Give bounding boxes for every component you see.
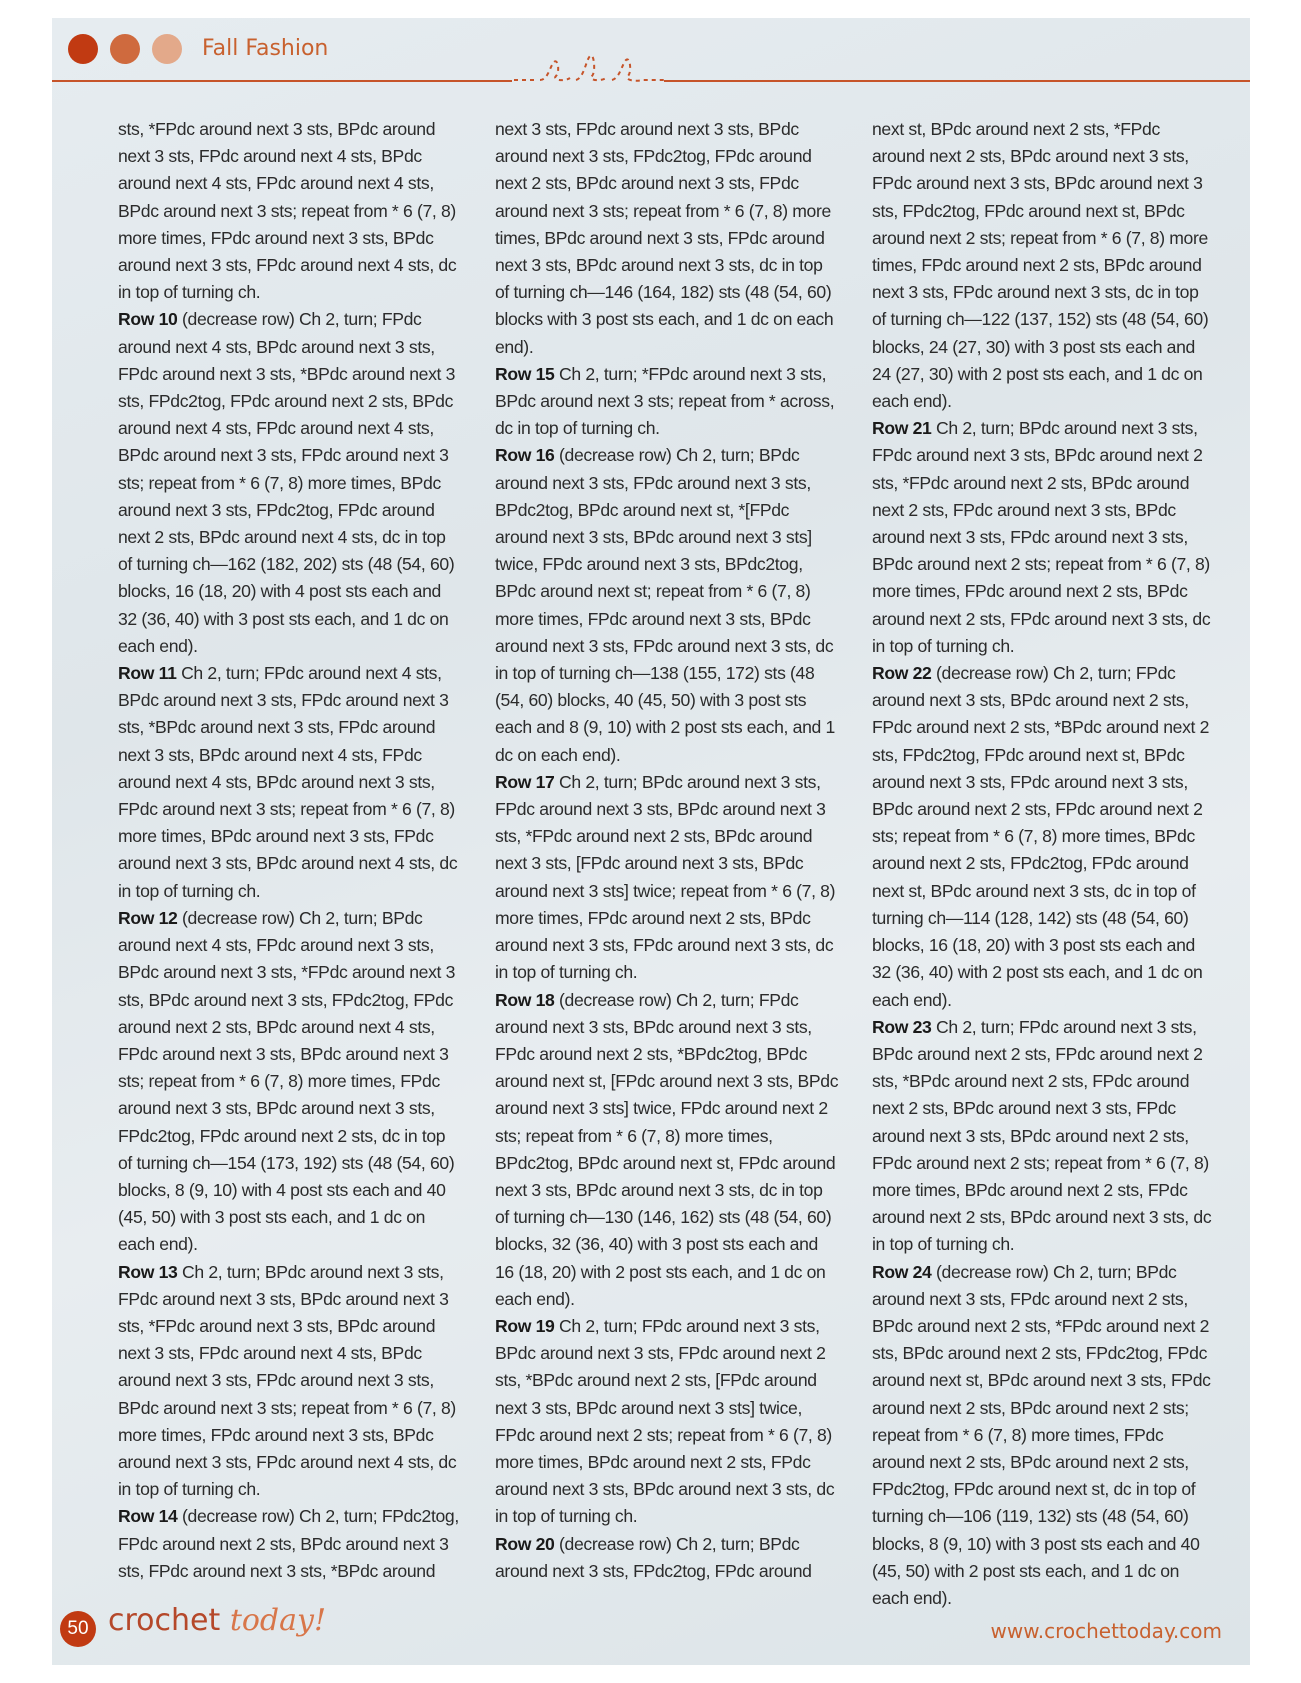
text-column-2: next 3 sts, FPdc around next 3 sts, BPdc… bbox=[495, 116, 839, 1585]
row-label: Row 21 bbox=[872, 418, 932, 438]
row-label: Row 13 bbox=[118, 1262, 178, 1282]
magazine-logo: crochet today! bbox=[108, 1603, 326, 1638]
row-label: Row 16 bbox=[495, 445, 555, 465]
row-23-instructions: Row 23 Ch 2, turn; FPdc around next 3 st… bbox=[872, 1014, 1216, 1259]
row-16-instructions: Row 16 (decrease row) Ch 2, turn; BPdc a… bbox=[495, 442, 839, 768]
row-15-instructions: Row 15 Ch 2, turn; *FPdc around next 3 s… bbox=[495, 361, 839, 443]
crochet-stitch-ornament-icon bbox=[514, 52, 664, 88]
row-label: Row 11 bbox=[118, 663, 177, 683]
header-rule-right bbox=[664, 80, 1250, 82]
page-header: Fall Fashion bbox=[52, 18, 1250, 88]
header-dot-dark bbox=[68, 34, 98, 64]
row-label: Row 12 bbox=[118, 908, 178, 928]
row-label: Row 14 bbox=[118, 1506, 178, 1526]
row-21-instructions: Row 21 Ch 2, turn; BPdc around next 3 st… bbox=[872, 415, 1216, 660]
logo-word-today: today! bbox=[230, 1603, 326, 1638]
row-label: Row 23 bbox=[872, 1017, 932, 1037]
magazine-page: Fall Fashion sts, *FPdc around next 3 st… bbox=[52, 18, 1250, 1665]
row-label: Row 22 bbox=[872, 663, 932, 683]
row-12-instructions: Row 12 (decrease row) Ch 2, turn; BPdc a… bbox=[118, 905, 462, 1259]
section-title: Fall Fashion bbox=[202, 36, 328, 61]
row-label: Row 20 bbox=[495, 1534, 555, 1554]
pattern-instructions: sts, *FPdc around next 3 sts, BPdc aroun… bbox=[118, 116, 1228, 1596]
header-dot-light bbox=[152, 34, 182, 64]
page-number-badge: 50 bbox=[60, 1611, 96, 1647]
row-11-instructions: Row 11 Ch 2, turn; FPdc around next 4 st… bbox=[118, 660, 462, 905]
row-17-instructions: Row 17 Ch 2, turn; BPdc around next 3 st… bbox=[495, 769, 839, 987]
row-label: Row 10 bbox=[118, 309, 178, 329]
row-24-instructions: Row 24 (decrease row) Ch 2, turn; BPdc a… bbox=[872, 1259, 1216, 1613]
row-label: Row 24 bbox=[872, 1262, 932, 1282]
text-column-1: sts, *FPdc around next 3 sts, BPdc aroun… bbox=[118, 116, 462, 1585]
page-footer: 50 crochet today! www.crochettoday.com bbox=[52, 1585, 1250, 1665]
row-label: Row 15 bbox=[495, 364, 555, 384]
row-18-instructions: Row 18 (decrease row) Ch 2, turn; FPdc a… bbox=[495, 987, 839, 1313]
logo-word-crochet: crochet bbox=[108, 1603, 220, 1638]
row-22-instructions: Row 22 (decrease row) Ch 2, turn; FPdc a… bbox=[872, 660, 1216, 1014]
row-label: Row 17 bbox=[495, 772, 555, 792]
row-19-instructions: Row 19 Ch 2, turn; FPdc around next 3 st… bbox=[495, 1313, 839, 1531]
row-label: Row 18 bbox=[495, 990, 555, 1010]
header-rule bbox=[52, 80, 512, 82]
row-20-instructions: Row 20 (decrease row) Ch 2, turn; BPdc a… bbox=[495, 1531, 839, 1585]
paragraph-continued: next 3 sts, FPdc around next 3 sts, BPdc… bbox=[495, 116, 839, 361]
paragraph-continued: sts, *FPdc around next 3 sts, BPdc aroun… bbox=[118, 116, 462, 306]
website-url: www.crochettoday.com bbox=[990, 1619, 1222, 1643]
text-column-3: next st, BPdc around next 2 sts, *FPdc a… bbox=[872, 116, 1216, 1612]
paragraph-continued: next st, BPdc around next 2 sts, *FPdc a… bbox=[872, 116, 1216, 415]
header-dot-medium bbox=[110, 34, 140, 64]
row-label: Row 19 bbox=[495, 1316, 555, 1336]
row-10-instructions: Row 10 (decrease row) Ch 2, turn; FPdc a… bbox=[118, 306, 462, 660]
row-13-instructions: Row 13 Ch 2, turn; BPdc around next 3 st… bbox=[118, 1259, 462, 1504]
row-14-instructions: Row 14 (decrease row) Ch 2, turn; FPdc2t… bbox=[118, 1503, 462, 1585]
